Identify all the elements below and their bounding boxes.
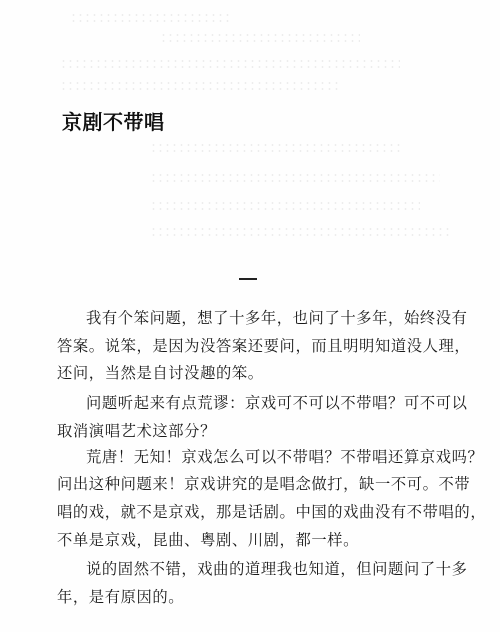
- bleed-through-noise: [150, 200, 420, 210]
- paragraph-2-line-2: 取消演唱艺术这部分？: [57, 422, 216, 440]
- paragraph-3-line-3: 唱的戏，就不是京戏，那是话剧。中国的戏曲没有不带唱的，: [57, 503, 486, 521]
- bleed-through-noise: [150, 142, 400, 152]
- bleed-through-noise: [60, 58, 400, 68]
- paragraph-3-line-4: 不单是京戏，昆曲、粤剧、川剧，都一样。: [57, 531, 359, 549]
- scanned-page: 京剧不带唱 我有个笨问题，想了十多年，也问了十多年，始终没有 答案。说笨，是因为…: [0, 0, 500, 632]
- paragraph-1-line-1: 我有个笨问题，想了十多年，也问了十多年，始终没有: [86, 309, 468, 327]
- chapter-title: 京剧不带唱: [62, 106, 165, 135]
- paragraph-1-line-3: 还问，当然是自讨没趣的笨。: [57, 364, 264, 382]
- bleed-through-noise: [160, 32, 360, 42]
- bleed-through-noise: [70, 12, 230, 22]
- bleed-through-noise: [60, 80, 340, 90]
- paragraph-4-line-1: 说的固然不错，戏曲的道理我也知道，但问题问了十多: [86, 560, 468, 578]
- paragraph-4-line-2: 年，是有原因的。: [57, 588, 184, 606]
- section-number-one: [239, 278, 257, 280]
- bleed-through-noise: [150, 226, 450, 236]
- paragraph-2-line-1: 问题听起来有点荒谬：京戏可不可以不带唱？可不可以: [86, 394, 468, 412]
- paragraph-1-line-2: 答案。说笨，是因为没答案还要问，而且明明知道没人理，: [57, 337, 470, 355]
- paragraph-3-line-2: 问出这种问题来！京戏讲究的是唱念做打，缺一不可。不带: [57, 475, 470, 493]
- bleed-through-noise: [150, 172, 440, 182]
- paragraph-3-line-1: 荒唐！无知！京戏怎么可以不带唱？不带唱还算京戏吗？: [86, 448, 483, 466]
